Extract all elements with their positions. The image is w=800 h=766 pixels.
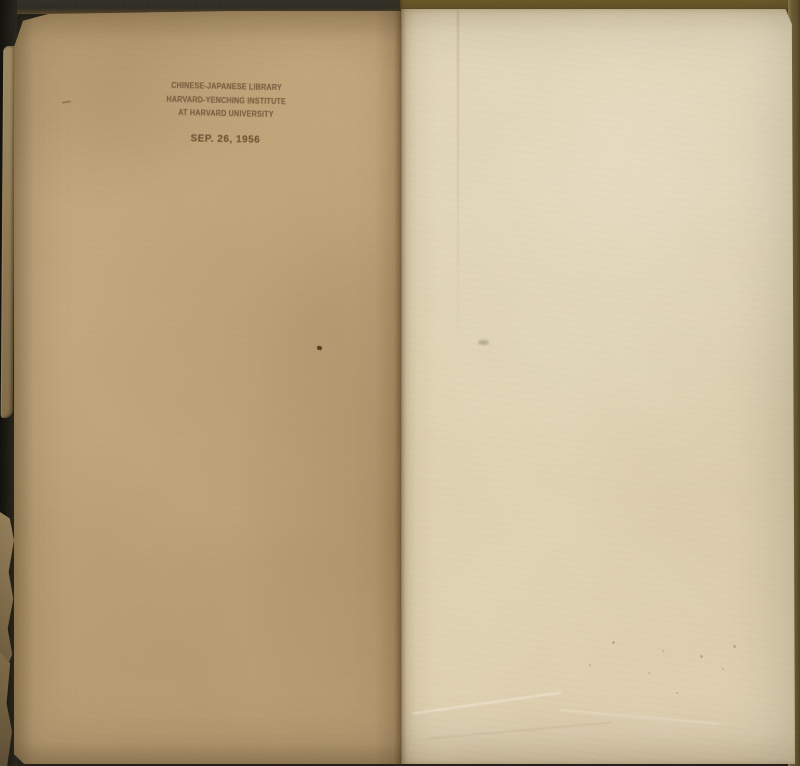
foxing-spot (700, 655, 703, 658)
foxing-spot (589, 664, 591, 666)
foxing-spot (733, 645, 736, 648)
foxing-spot (662, 650, 664, 652)
stamp-line-3: AT HARVARD UNIVERSITY (156, 106, 297, 122)
foxing-spot (648, 672, 650, 674)
library-stamp: CHINESE-JAPANESE LIBRARY HARVARD-YENCHIN… (147, 78, 304, 147)
foxing-spot (612, 641, 615, 644)
right-page-flyleaf (401, 9, 795, 764)
foxing-spot (676, 692, 678, 694)
book-scan: CHINESE-JAPANESE LIBRARY HARVARD-YENCHIN… (0, 0, 800, 766)
gutter-fold-shadow (394, 0, 406, 766)
smudge-mark (478, 340, 489, 345)
vertical-crease (457, 10, 459, 350)
foxing-spot (722, 668, 724, 670)
